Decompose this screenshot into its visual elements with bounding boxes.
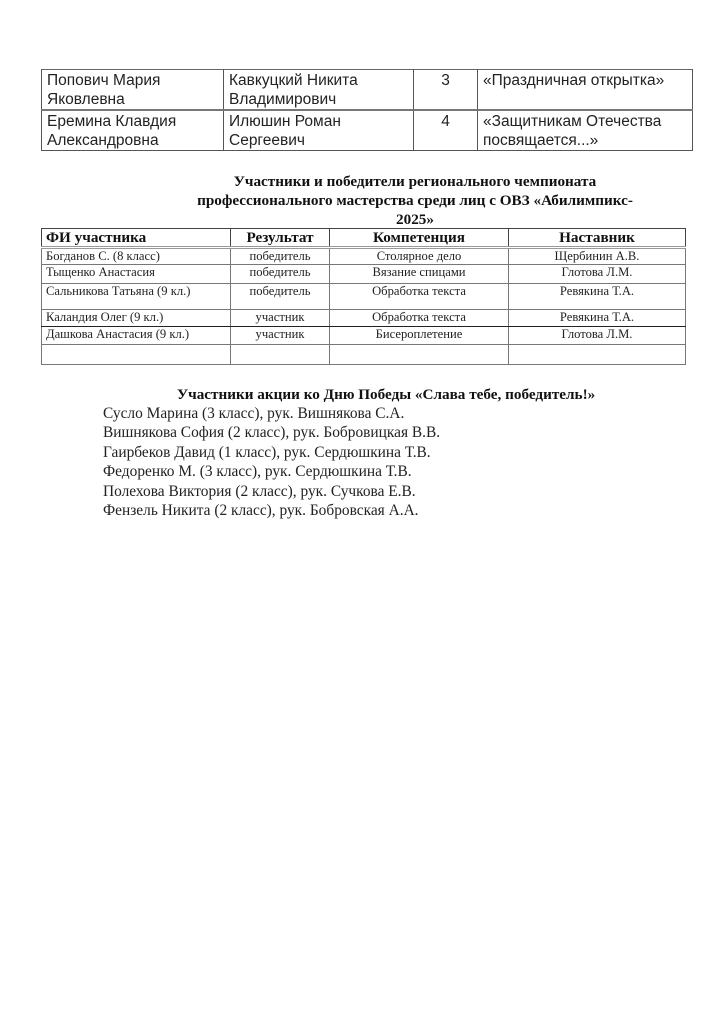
mentor-cell (509, 345, 686, 365)
work-cell: «Праздничная открытка» (478, 70, 693, 111)
list-item: Федоренко М. (3 класс), рук. Сердюшкина … (103, 462, 440, 481)
header-competence: Компетенция (330, 229, 509, 248)
mentor-cell: Кавкуцкий Никита Владимирович (224, 70, 414, 111)
header-mentor: Наставник (509, 229, 686, 248)
list-item: Гаирбеков Давид (1 класс), рук. Сердюшки… (103, 443, 440, 462)
work-cell: «Защитникам Отечества посвящается...» (478, 110, 693, 151)
mentor-cell: Ревякина Т.А. (509, 284, 686, 310)
result-cell: победитель (231, 265, 330, 284)
competence-cell (330, 345, 509, 365)
result-cell (231, 345, 330, 365)
participant-cell: Богданов С. (8 класс) (42, 248, 231, 265)
heading-line: 2025» (150, 210, 680, 229)
participant-line: Александровна (47, 131, 218, 150)
heading-line: профессионального мастерства среди лиц с… (150, 191, 680, 210)
participant-cell: Каландия Олег (9 кл.) (42, 310, 231, 327)
mentor-line: Владимирович (229, 90, 408, 109)
mentor-line: Илюшин Роман (229, 112, 408, 131)
result-cell: победитель (231, 248, 330, 265)
work-line: посвящается...» (483, 131, 687, 150)
grade-cell: 3 (414, 70, 478, 111)
victory-day-heading: Участники акции ко Дню Победы «Слава теб… (177, 385, 595, 404)
mentor-cell: Ревякина Т.А. (509, 310, 686, 327)
table-row: Богданов С. (8 класс) победитель Столярн… (42, 248, 686, 265)
grade-cell: 4 (414, 110, 478, 151)
competence-cell: Обработка текста (330, 284, 509, 310)
work-line: «Защитникам Отечества (483, 112, 687, 131)
contest-table: Попович Мария Яковлевна Кавкуцкий Никита… (41, 69, 693, 151)
victory-day-list: Сусло Марина (3 класс), рук. Вишнякова С… (103, 404, 440, 520)
result-cell: участник (231, 310, 330, 327)
table-row: Еремина Клавдия Александровна Илюшин Ром… (42, 110, 693, 151)
mentor-cell: Глотова Л.М. (509, 265, 686, 284)
participant-cell: Еремина Клавдия Александровна (42, 110, 224, 151)
list-item: Вишнякова София (2 класс), рук. Бобровиц… (103, 423, 440, 442)
mentor-line: Сергеевич (229, 131, 408, 150)
participant-cell: Попович Мария Яковлевна (42, 70, 224, 111)
competence-cell: Вязание спицами (330, 265, 509, 284)
mentor-cell: Глотова Л.М. (509, 327, 686, 345)
table-row-empty (42, 345, 686, 365)
abilympics-table: ФИ участника Результат Компетенция Наста… (41, 228, 686, 365)
competence-cell: Обработка текста (330, 310, 509, 327)
competence-cell: Столярное дело (330, 248, 509, 265)
table-row: Сальникова Татьяна (9 кл.) победитель Об… (42, 284, 686, 310)
participant-cell: Тыщенко Анастасия (42, 265, 231, 284)
header-participant: ФИ участника (42, 229, 231, 248)
list-item: Фензель Никита (2 класс), рук. Бобровска… (103, 501, 440, 520)
result-cell: участник (231, 327, 330, 345)
participant-cell (42, 345, 231, 365)
header-result: Результат (231, 229, 330, 248)
table-row: Каландия Олег (9 кл.) участник Обработка… (42, 310, 686, 327)
participant-line: Яковлевна (47, 90, 218, 109)
heading-line: Участники и победители регионального чем… (150, 172, 680, 191)
table-row: Попович Мария Яковлевна Кавкуцкий Никита… (42, 70, 693, 111)
participant-line: Попович Мария (47, 71, 218, 90)
participant-line: Еремина Клавдия (47, 112, 218, 131)
mentor-line: Кавкуцкий Никита (229, 71, 408, 90)
work-line: «Праздничная открытка» (483, 71, 687, 90)
table-row: Тыщенко Анастасия победитель Вязание спи… (42, 265, 686, 284)
table-row: Дашкова Анастасия (9 кл.) участник Бисер… (42, 327, 686, 345)
participant-cell: Сальникова Татьяна (9 кл.) (42, 284, 231, 310)
competence-cell: Бисероплетение (330, 327, 509, 345)
mentor-cell: Щербинин А.В. (509, 248, 686, 265)
list-item: Сусло Марина (3 класс), рук. Вишнякова С… (103, 404, 440, 423)
result-cell: победитель (231, 284, 330, 310)
list-item: Полехова Виктория (2 класс), рук. Сучков… (103, 482, 440, 501)
abilympics-heading: Участники и победители регионального чем… (150, 172, 680, 229)
participant-cell: Дашкова Анастасия (9 кл.) (42, 327, 231, 345)
table-header-row: ФИ участника Результат Компетенция Наста… (42, 229, 686, 248)
mentor-cell: Илюшин Роман Сергеевич (224, 110, 414, 151)
